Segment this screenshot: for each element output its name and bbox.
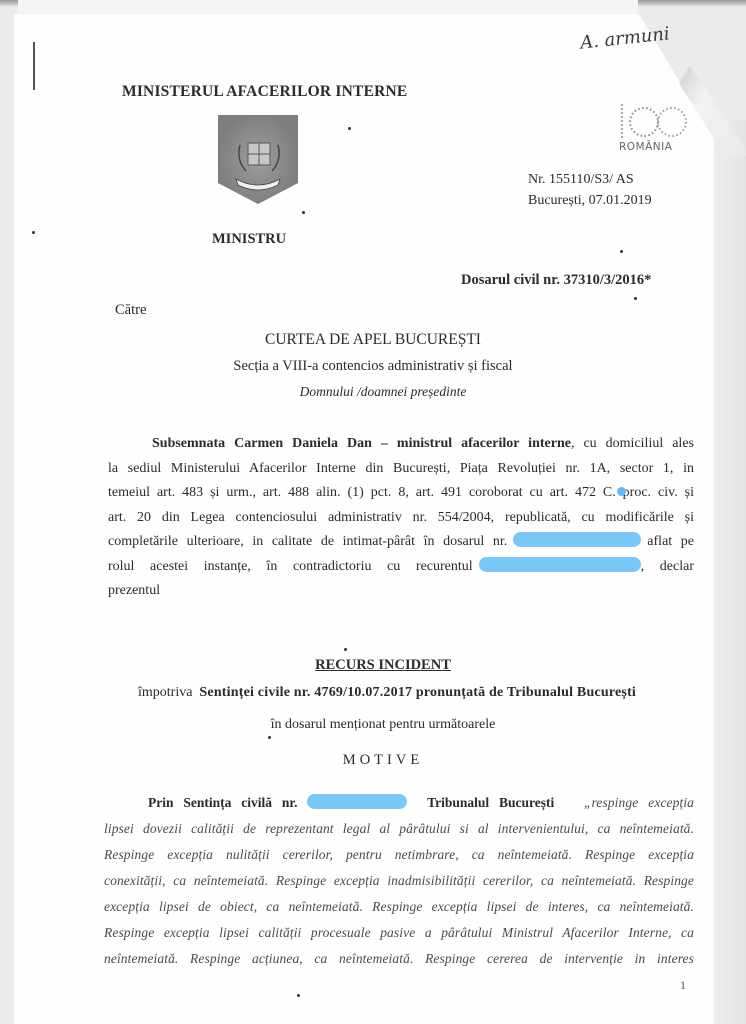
motive-line: Respinge excepția lipsei calității proce… (104, 920, 694, 946)
court-reference: Tribunalul București (427, 795, 554, 810)
scan-speck (634, 297, 637, 300)
body-line: temeiul art. 483 și urm., art. 488 alin.… (108, 481, 694, 506)
scan-speck (297, 994, 300, 997)
against-prefix: împotriva (138, 685, 192, 700)
place-and-date: București, 07.01.2019 (528, 193, 652, 209)
page-number: 1 (680, 978, 686, 993)
body-text: , declar (641, 559, 694, 574)
motive-line: Prin Sentința civilă nr. Tribunalul Bucu… (104, 790, 694, 816)
case-file-number: Dosarul civil nr. 37310/3/2016* (461, 272, 651, 289)
motive-line: neîntemeiată. Respinge acțiunea, ca neîn… (104, 946, 694, 972)
scan-speck (32, 231, 35, 234)
case-reference-line: în dosarul menționat pentru următoarele (10, 717, 746, 733)
motive-line: lipsei dovezii calității de reprezentant… (104, 816, 694, 842)
ministry-title: MINISTERUL AFACERILOR INTERNE (122, 83, 407, 101)
coat-of-arms-icon (218, 115, 298, 204)
quote-text: conexității, ca neîntemeiată. Respinge e… (104, 873, 694, 888)
scan-speck (268, 736, 271, 739)
body-line: rolul acestei instanțe, în contradictori… (108, 555, 694, 580)
quote-text: lipsei dovezii calității de reprezentant… (104, 821, 694, 836)
motive-intro: Prin Sentința civilă nr. (148, 795, 298, 810)
body-text: aflat pe (647, 534, 694, 549)
document-title: RECURS INCIDENT (10, 657, 746, 674)
declaration-paragraph: Subsemnata Carmen Daniela Dan – ministru… (108, 432, 694, 604)
motives-paragraph: Prin Sentința civilă nr. Tribunalul Bucu… (104, 790, 694, 972)
quote-text: neîntemeiată. Respinge acțiunea, ca neîn… (104, 951, 694, 966)
body-text: , cu domiciliul ales (571, 436, 694, 451)
annotation-dot (617, 487, 626, 496)
motive-line: excepția lipsei de obiect, ca neîntemeia… (104, 894, 694, 920)
court-addressee: Domnului /doamnei președinte (10, 384, 746, 400)
minister-title: MINISTRU (212, 231, 286, 248)
appealed-judgment: Sentinței civile nr. 4769/10.07.2017 pro… (199, 685, 636, 700)
scan-speck (348, 127, 351, 130)
scan-speck (344, 648, 347, 651)
recipient-label: Către (115, 302, 146, 319)
centenary-logo-label: ROMÂNIA (619, 141, 672, 153)
quote-text: Respinge excepția lipsei calității proce… (104, 925, 694, 940)
body-line: art. 20 din Legea contenciosului adminis… (108, 506, 694, 531)
redacted-case-number (513, 532, 641, 547)
declarant-name: Subsemnata Carmen Daniela Dan – ministru… (152, 436, 571, 451)
body-line: completările ulterioare, in calitate de … (108, 530, 694, 555)
motive-line: conexității, ca neîntemeiată. Respinge e… (104, 868, 694, 894)
motive-line: Respinge excepția nulității cererilor, p… (104, 842, 694, 868)
quote-text: excepția lipsei de obiect, ca neîntemeia… (104, 899, 694, 914)
body-line: prezentul (108, 579, 694, 604)
court-section: Secția a VIII-a contencios administrativ… (0, 358, 746, 375)
appealed-judgment-line: împotriva Sentinței civile nr. 4769/10.0… (14, 685, 746, 701)
body-line: la sediul Ministerului Afacerilor Intern… (108, 457, 694, 482)
scan-speck (620, 250, 623, 253)
registration-number: Nr. 155110/S3/ AS (528, 172, 634, 188)
body-text: rolul acestei instanțe, în contradictori… (108, 559, 473, 574)
redacted-sentence-number (307, 794, 407, 809)
motives-heading: MOTIVE (10, 752, 746, 769)
body-text: completările ulterioare, in calitate de … (108, 534, 507, 549)
margin-mark (33, 42, 35, 90)
body-line: Subsemnata Carmen Daniela Dan – ministru… (108, 432, 694, 457)
court-name: CURTEA DE APEL BUCUREȘTI (0, 331, 746, 349)
quote-text: Respinge excepția nulității cererilor, p… (104, 847, 694, 862)
redacted-appellant-name (479, 557, 641, 572)
scan-speck (302, 211, 305, 214)
quote-text: „respinge excepția (584, 795, 694, 810)
